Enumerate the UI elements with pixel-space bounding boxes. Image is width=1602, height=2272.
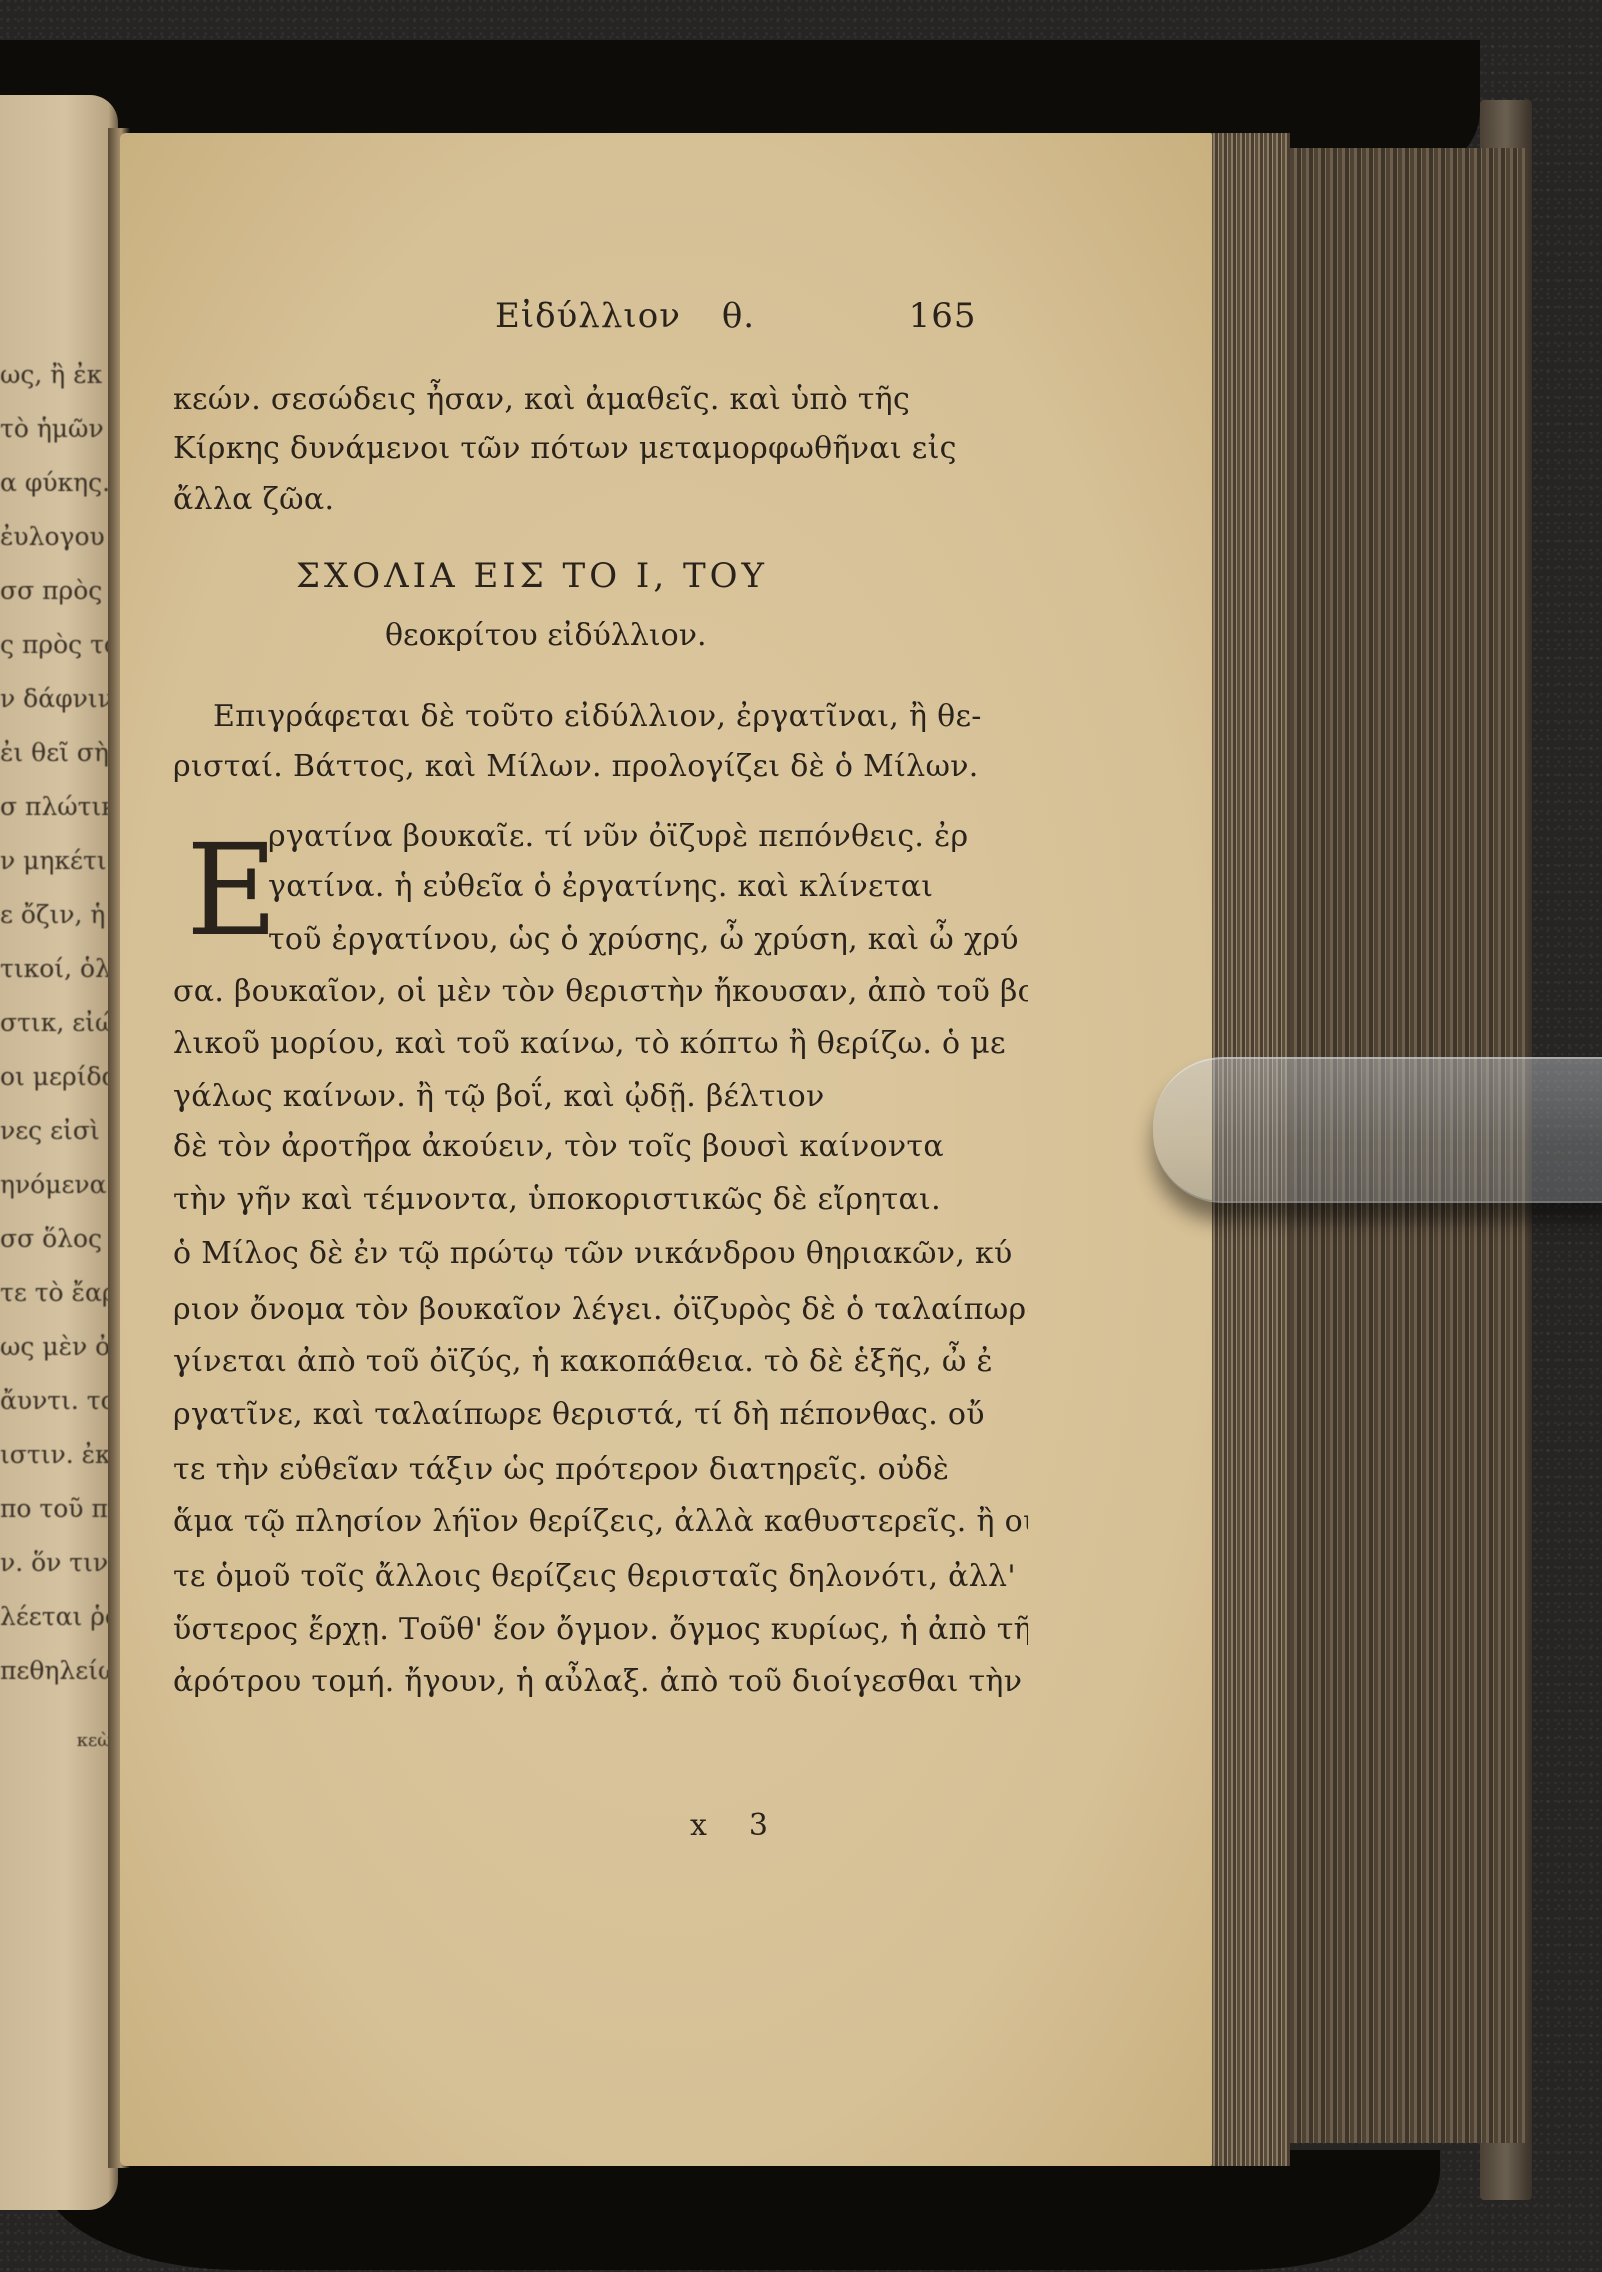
section-subheading: θεοκρίτου εἰδύλλιον. bbox=[385, 618, 785, 653]
signature-letter: x bbox=[690, 1808, 749, 1843]
text-line: Κίρκης δυνάμενοι τῶν πότων μεταμορφωθῆνα… bbox=[173, 427, 1028, 471]
body-line: σα. βουκαῖον, οἱ μὲν τὸν θεριστὴν ἤκουσα… bbox=[173, 970, 1028, 1014]
text-line: κεών. σεσώδεις ἦσαν, καὶ ἀμαθεῖς. καὶ ὑπ… bbox=[173, 378, 1028, 422]
page-holder-strip bbox=[1153, 1057, 1602, 1203]
body-line: λικοῦ μορίου, καὶ τοῦ καίνω, τὸ κόπτω ἢ … bbox=[173, 1022, 1028, 1066]
body-line: ὕστερος ἔρχῃ. Τοῦθ' ἕον ὄγμον. ὄγμος κυρ… bbox=[173, 1608, 1028, 1652]
page-number: 165 bbox=[909, 296, 977, 336]
body-line: τὴν γῆν καὶ τέμνοντα, ὑποκοριστικῶς δὲ ε… bbox=[173, 1178, 1028, 1222]
body-line: τοῦ ἐργατίνου, ὡς ὁ χρύσης, ὦ χρύση, καὶ… bbox=[268, 918, 1028, 962]
body-line: ργατῖνε, καὶ ταλαίπωρε θεριστά, τί δὴ πέ… bbox=[173, 1393, 1028, 1437]
body-line: γάλως καίνων. ἢ τῷ βοΐ, καὶ ᾠδῇ. βέλτιον bbox=[173, 1075, 1028, 1119]
signature-number: 3 bbox=[749, 1808, 810, 1843]
intro-line: ρισταί. Βάττος, καὶ Μίλων. προλογίζει δὲ… bbox=[173, 745, 1028, 789]
body-line: ὁ Μίλος δὲ ἐν τῷ πρώτῳ τῶν νικάνδρου θηρ… bbox=[173, 1232, 1028, 1276]
body-line: ἀρότρου τομή. ἤγουν, ἡ αὖλαξ. ἀπὸ τοῦ δι… bbox=[173, 1660, 1028, 1704]
body-line: ργατίνα βουκαῖε. τί νῦν ὀϊζυρὲ πεπόνθεις… bbox=[268, 815, 1028, 859]
drop-cap: Ε bbox=[186, 828, 278, 954]
body-line: γατίνα. ἡ εὐθεῖα ὁ ἐργατίνης. καὶ κλίνετ… bbox=[268, 865, 1028, 909]
body-line: τε τὴν εὐθεῖαν τάξιν ὡς πρότερον διατηρε… bbox=[173, 1448, 1028, 1492]
running-head-title: Εἰδύλλιον bbox=[495, 296, 710, 336]
intro-line: Επιγράφεται δὲ τοῦτο εἰδύλλιον, ἐργατῖνα… bbox=[213, 695, 1028, 739]
idyll-number: θ. bbox=[722, 296, 897, 336]
section-heading: ΣΧΟΛΙΑ ΕΙΣ ΤΟ Ι, ΤΟΥ bbox=[296, 556, 896, 596]
signature-mark: x3 bbox=[690, 1808, 810, 1843]
text-line: ἄλλα ζῶα. bbox=[173, 478, 1028, 522]
body-line: τε ὁμοῦ τοῖς ἄλλοις θερίζεις θερισταῖς δ… bbox=[173, 1555, 1028, 1599]
running-head: Εἰδύλλιον θ. 165 bbox=[495, 296, 995, 336]
body-line: ριον ὄνομα τὸν βουκαῖον λέγει. ὀϊζυρὸς δ… bbox=[173, 1288, 1028, 1332]
body-line: γίνεται ἀπὸ τοῦ ὀϊζύς, ἡ κακοπάθεια. τὸ … bbox=[173, 1340, 1028, 1384]
body-line: δὲ τὸν ἀροτῆρα ἀκούειν, τὸν τοῖς βουσὶ κ… bbox=[173, 1125, 1028, 1169]
body-line: ἅμα τῷ πλησίον λήϊον θερίζεις, ἀλλὰ καθυ… bbox=[173, 1500, 1028, 1544]
